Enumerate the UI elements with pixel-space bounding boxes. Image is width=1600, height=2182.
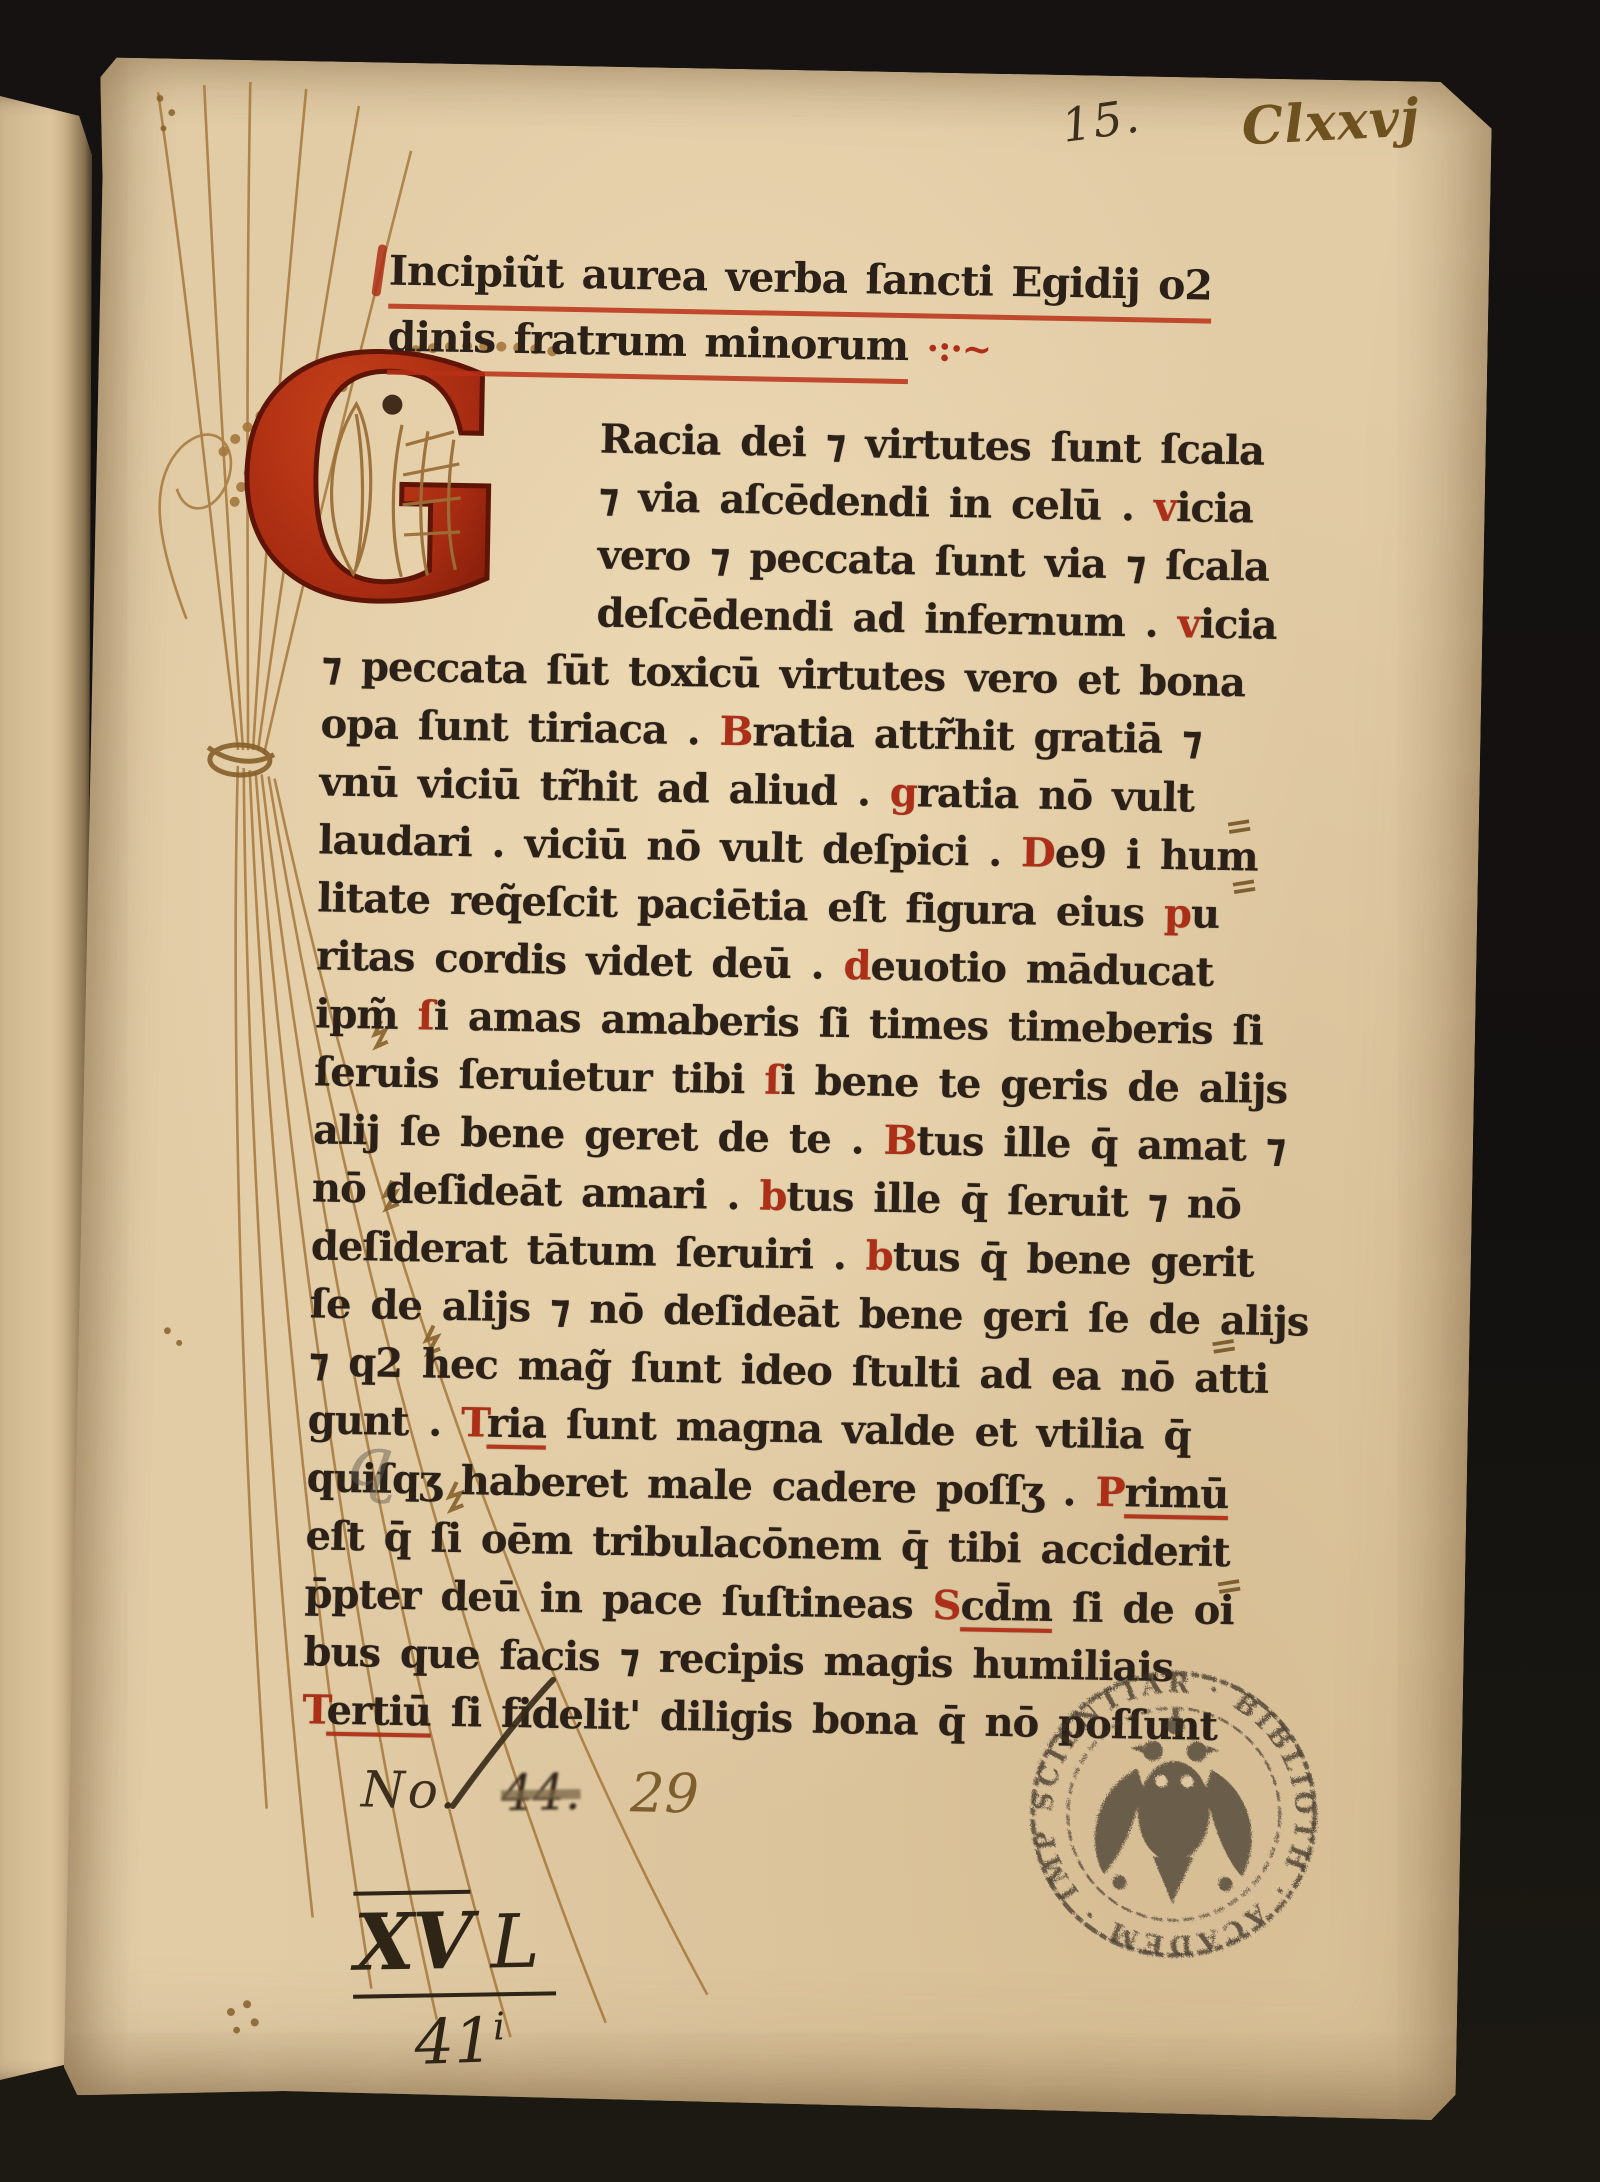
- text-segment: ⁊ peccata ſūt toxicū virtutes vero et bo…: [321, 642, 1245, 706]
- rubricated-letter: P: [1095, 1469, 1125, 1517]
- accession-prefix: No.: [361, 1760, 460, 1820]
- shelfmark-lower-number: 41: [413, 2003, 494, 2079]
- accession-number: 29: [630, 1761, 700, 1825]
- shelfmark-superscript: i: [492, 2004, 506, 2048]
- margin-mark: =: [1222, 804, 1256, 848]
- text-segment: deſcēdendi ad infernum .: [596, 589, 1178, 647]
- text-segment: vnū viciū tr̃hit ad aliud .: [319, 758, 890, 815]
- text-segment: ⁊ via aſcēdendi in celū .: [598, 473, 1154, 530]
- text-segment: tus ille q̄ amat ⁊: [916, 1117, 1286, 1171]
- text-segment: icia: [1199, 601, 1277, 649]
- rubricated-letter: v: [1154, 484, 1177, 531]
- rubricated-letter: B: [883, 1117, 917, 1165]
- text-segment: opa ſunt tiriaca .: [320, 700, 720, 754]
- double-headed-eagle-emblem: [1094, 1708, 1255, 1905]
- accession-struck-number: 44.: [500, 1763, 580, 1822]
- text-segment: euotio māducat: [870, 943, 1213, 996]
- text-segment: ſeruis ſeruietur tibi: [314, 1048, 765, 1103]
- rubricated-heading: Incipiũt aurea verba ſancti Egidij o2 di…: [388, 241, 1269, 325]
- text-segment: rimū: [1124, 1469, 1229, 1518]
- text-segment: cd̄m: [960, 1582, 1053, 1631]
- text-segment: tus q̄ bene gerit: [892, 1233, 1254, 1287]
- text-segment: ipm̃: [315, 990, 418, 1039]
- text-segment: eſt q̄ ſi oēm tribulacōnem q̄ tibi accid…: [305, 1512, 1230, 1576]
- rubricated-letter: ſ: [764, 1057, 781, 1104]
- text-segment: ſunt magna valde et vtilia q̄: [546, 1401, 1191, 1460]
- text-segment: i bene te geris de alijs: [780, 1057, 1287, 1113]
- red-line-filler-mark: ·:·~: [926, 327, 991, 370]
- rubricated-letter: g: [889, 769, 917, 816]
- text-segment: p̄pter deū in pace ſuſtineas: [304, 1570, 933, 1629]
- ink-inventory-number: 15.: [1058, 88, 1144, 152]
- library-stamp: SCIENTIAR · BIBLIOTH · ACADEM · IMP ·: [1018, 1658, 1330, 1970]
- text-segment: i amas amaberis ſi times timeberis ſi: [433, 993, 1263, 1055]
- text-segment: ſi de oi: [1052, 1584, 1234, 1634]
- folio-number: Clxxvj: [1240, 87, 1421, 157]
- text-segment: icia: [1176, 484, 1254, 532]
- shelfmark: XV L 41i: [350, 1888, 557, 2078]
- rubricated-letter: D: [1021, 829, 1056, 877]
- rubricated-letter: b: [759, 1173, 787, 1220]
- rubricated-letter: ſ: [417, 992, 434, 1039]
- margin-mark: =: [1227, 864, 1261, 908]
- rubricated-letter: p: [1164, 890, 1192, 937]
- rubricated-letter: b: [865, 1232, 893, 1279]
- rubricated-letter: T: [302, 1686, 327, 1733]
- text-segment: ratia attr̃hit gratiā ⁊: [752, 708, 1202, 763]
- rubricated-letter: S: [932, 1582, 961, 1630]
- shelfmark-letter: L: [490, 1899, 541, 1986]
- text-segment: vero ⁊ peccata ſunt via ⁊ ſcala: [597, 531, 1269, 590]
- rubricated-letter: d: [843, 942, 871, 989]
- text-segment: u: [1191, 890, 1220, 938]
- heading-line-1: Incipiũt aurea verba ſancti Egidij o2: [388, 247, 1212, 310]
- text-segment: ritas cordis videt deū .: [316, 932, 844, 989]
- text-segment: tus ille q̄ ſeruit ⁊ nō: [786, 1173, 1241, 1228]
- text-segment: deſiderat tātum ſeruiri .: [311, 1222, 867, 1279]
- margin-mark: =: [1212, 1564, 1246, 1608]
- text-segment: ertiū: [326, 1687, 431, 1736]
- rubricated-letter: B: [719, 708, 753, 756]
- text-segment: ratia nō vult: [916, 769, 1194, 821]
- printed-text-block: Racia dei ⁊ virtutes ſunt ſcala⁊ via aſc…: [302, 405, 1242, 1756]
- rubricated-letter: v: [1177, 600, 1200, 647]
- text-segment: laudari . viciū nō vult deſpici .: [318, 816, 1022, 876]
- manuscript-page: G 15. Clxxvj Incipiũt aurea verba ſancti…: [63, 57, 1492, 2120]
- photograph-of-manuscript: G 15. Clxxvj Incipiũt aurea verba ſancti…: [0, 0, 1600, 2182]
- text-segment: nō deſideāt amari .: [312, 1164, 760, 1219]
- text-segment: alij ſe bene geret de te .: [313, 1106, 884, 1163]
- accession-inscription: No. 44. 29: [360, 1756, 699, 1825]
- text-segment: ria: [487, 1400, 547, 1448]
- text-segment: litate req̃eſcit paciētia eſt figura eiu…: [317, 874, 1164, 937]
- text-segment: Racia dei ⁊ virtutes ſunt ſcala: [599, 415, 1264, 474]
- text-segment: quiſqʒ haberet male cadere poſſʒ .: [306, 1454, 1096, 1515]
- rubricated-letter: T: [461, 1399, 488, 1446]
- margin-mark: =: [1206, 1324, 1240, 1368]
- heading-line-2: dinis fratrum minorum: [387, 313, 908, 371]
- shelfmark-roman-numeral: XV: [353, 1890, 472, 1989]
